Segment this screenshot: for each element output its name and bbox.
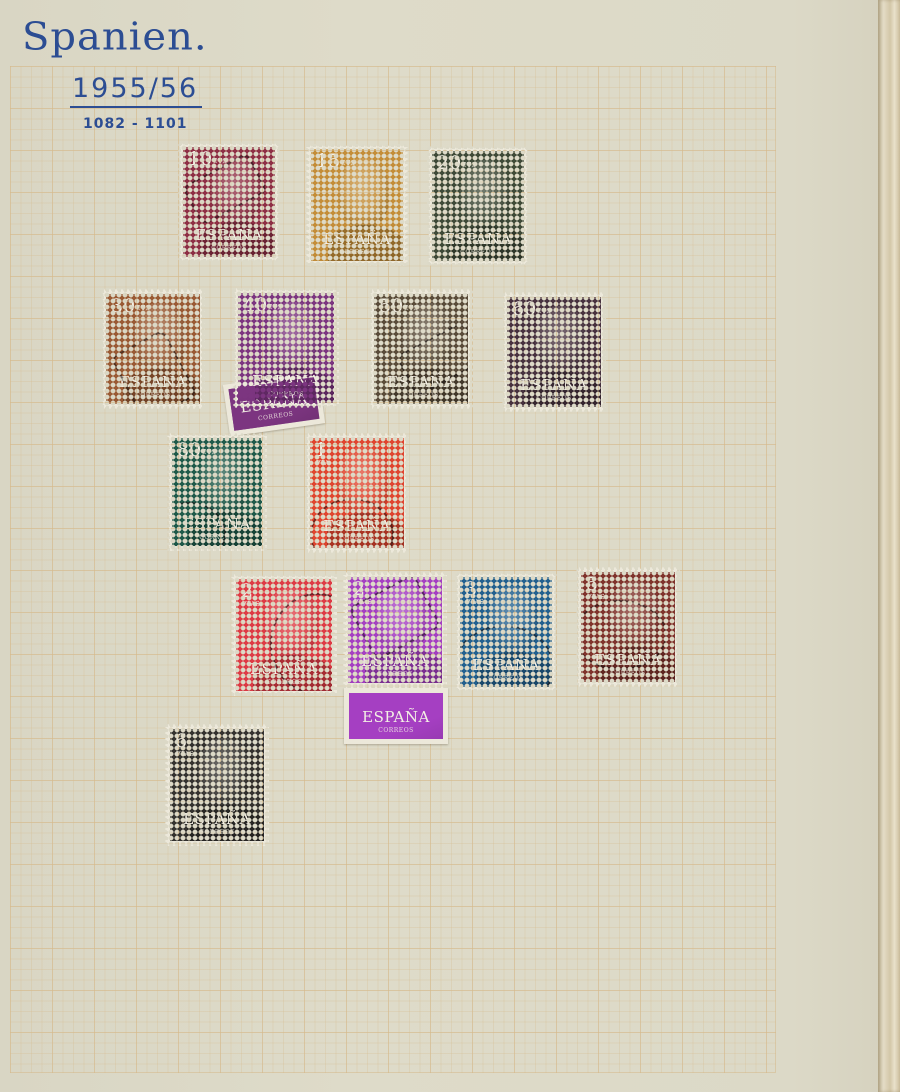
portrait-image bbox=[265, 588, 318, 657]
stamp-country: ESPAÑA bbox=[432, 230, 524, 248]
stamp-10-cts: 10CTSESPAÑACORREOS bbox=[178, 142, 280, 262]
stamp-inscription: CORREOS bbox=[106, 392, 200, 399]
stamp-unit: CTS bbox=[268, 304, 282, 311]
stamp-value: 6 bbox=[175, 732, 187, 751]
stamp-inscription: CORREOS bbox=[348, 671, 442, 678]
stamp-40-cts: 40CTSESPAÑACORREOS bbox=[233, 288, 339, 408]
stamp-inscription: CORREOS bbox=[236, 679, 332, 686]
stamp-value: 50 bbox=[379, 297, 403, 316]
stamp-country: ESPAÑA bbox=[349, 708, 443, 726]
stamp-country: ESPAÑA bbox=[374, 373, 468, 391]
portrait-image bbox=[535, 306, 587, 374]
stamp-face: 80CTSESPAÑACORREOS bbox=[172, 438, 262, 546]
stamp-30-cts: 30CTSESPAÑACORREOS bbox=[101, 289, 205, 409]
stamp-inscription: CORREOS bbox=[581, 670, 675, 677]
stamp-face: 50CTSESPAÑACORREOS bbox=[374, 294, 468, 404]
stamp-inscription: CORREOS bbox=[460, 675, 552, 682]
stamp-face: 5PTASESPAÑACORREOS bbox=[581, 572, 675, 682]
stamp-country: ESPAÑA bbox=[310, 517, 404, 535]
stamp-unit: CTS bbox=[341, 160, 355, 167]
stamp-2-ptas: 2PTASESPAÑACORREOS bbox=[343, 572, 447, 688]
stamp-inscription: CORREOS bbox=[432, 249, 524, 256]
stamp-6-ptas: 6PTASESPAÑACORREOS bbox=[165, 724, 269, 846]
portrait-image bbox=[199, 447, 249, 514]
stamp-value: 10 bbox=[188, 150, 212, 169]
portrait-image bbox=[609, 581, 661, 649]
stamp-unit: CTS bbox=[213, 158, 227, 165]
stamp-inscription: CORREOS bbox=[349, 727, 443, 734]
portrait-image bbox=[267, 302, 320, 370]
stamp-unit: PTAS bbox=[587, 594, 605, 601]
stamp-face: 10CTSESPAÑACORREOS bbox=[183, 147, 275, 257]
album-page: Spanien. 1955/56 1082 - 1101 ESPAÑACORRE… bbox=[0, 0, 880, 1092]
portrait-image bbox=[134, 303, 186, 371]
portrait-image bbox=[488, 586, 539, 654]
page-title: Spanien. bbox=[22, 15, 208, 59]
stamp-unit: PTAS bbox=[466, 599, 484, 606]
stamp-country: ESPAÑA bbox=[460, 656, 552, 674]
stamp-face: ESPAÑACORREOS bbox=[349, 693, 443, 739]
stamp-value: 20 bbox=[437, 154, 461, 173]
stamp-value: 60 bbox=[512, 300, 536, 319]
stamp-value: 40 bbox=[243, 296, 267, 315]
partial-stamp: ESPAÑACORREOS bbox=[344, 688, 448, 744]
stamp-country: ESPAÑA bbox=[183, 226, 275, 244]
stamp-value: 30 bbox=[111, 297, 135, 316]
stamp-value: 15 bbox=[316, 152, 340, 171]
stamp-inscription: CORREOS bbox=[507, 395, 601, 402]
stamp-country: ESPAÑA bbox=[238, 372, 334, 390]
stamp-face: 2PTASESPAÑACORREOS bbox=[348, 577, 442, 683]
issue-years: 1955/56 bbox=[70, 74, 202, 108]
stamp-inscription: CORREOS bbox=[183, 245, 275, 252]
stamp-unit: CTS bbox=[136, 305, 150, 312]
stamp-face: 30CTSESPAÑACORREOS bbox=[106, 294, 200, 404]
stamp-face: 2PTASESPAÑACORREOS bbox=[236, 579, 332, 691]
stamp-country: ESPAÑA bbox=[507, 376, 601, 394]
stamp-unit: PTAS bbox=[354, 599, 372, 606]
stamp-value: 1 bbox=[315, 441, 327, 460]
stamp-unit: CTS bbox=[202, 449, 216, 456]
stamp-3-ptas: 3PTASESPAÑACORREOS bbox=[455, 572, 557, 692]
stamp-value: 80 bbox=[177, 441, 201, 460]
stamp-inscription: CORREOS bbox=[170, 829, 264, 836]
stamp-country: ESPAÑA bbox=[172, 515, 262, 533]
stamp-inscription: CORREOS bbox=[374, 392, 468, 399]
stamp-value: 3 bbox=[465, 580, 477, 599]
stamp-value: 5 bbox=[586, 575, 598, 594]
stamp-unit: PTA bbox=[316, 460, 330, 467]
stamp-unit: CTS bbox=[537, 308, 551, 315]
stamp-face: 6PTASESPAÑACORREOS bbox=[170, 729, 264, 841]
stamp-1-pta: 1PTAESPAÑACORREOS bbox=[305, 433, 409, 553]
stamp-unit: CTS bbox=[404, 305, 418, 312]
catalog-range: 1082 - 1101 bbox=[83, 116, 188, 132]
portrait-image bbox=[338, 447, 390, 515]
stamp-inscription: CORREOS bbox=[172, 534, 262, 541]
stamp-unit: PTAS bbox=[176, 751, 194, 758]
stamp-face: 20CTSESPAÑACORREOS bbox=[432, 151, 524, 261]
stamp-country: ESPAÑA bbox=[170, 810, 264, 828]
stamp-country: ESPAÑA bbox=[106, 373, 200, 391]
stamp-unit: CTS bbox=[462, 162, 476, 169]
stamp-face: 60CTSESPAÑACORREOS bbox=[507, 297, 601, 407]
stamp-face: 3PTASESPAÑACORREOS bbox=[460, 577, 552, 687]
stamp-face: 1PTAESPAÑACORREOS bbox=[310, 438, 404, 548]
stamp-inscription: CORREOS bbox=[311, 249, 403, 256]
portrait-image bbox=[211, 156, 262, 224]
stamp-50-cts: 50CTSESPAÑACORREOS bbox=[369, 289, 473, 409]
stamp-country: ESPAÑA bbox=[236, 660, 332, 678]
stamp-15-cts: 15CTSESPAÑACORREOS bbox=[306, 144, 408, 266]
album-binding bbox=[878, 0, 900, 1092]
stamp-country: ESPAÑA bbox=[581, 651, 675, 669]
stamp-country: ESPAÑA bbox=[348, 652, 442, 670]
portrait-image bbox=[198, 738, 250, 807]
stamp-face: 40CTSESPAÑACORREOS bbox=[238, 293, 334, 403]
stamp-2-ptas: 2PTASESPAÑACORREOS bbox=[231, 574, 337, 696]
stamp-5-ptas: 5PTASESPAÑACORREOS bbox=[576, 567, 680, 687]
portrait-image bbox=[339, 158, 390, 227]
stamp-inscription: CORREOS bbox=[310, 536, 404, 543]
stamp-value: 2 bbox=[241, 582, 253, 601]
stamp-inscription: CORREOS bbox=[238, 391, 334, 398]
portrait-image bbox=[376, 585, 428, 651]
stamp-value: 2 bbox=[353, 580, 365, 599]
stamp-country: ESPAÑA bbox=[311, 230, 403, 248]
stamp-60-cts: 60CTSESPAÑACORREOS bbox=[502, 292, 606, 412]
portrait-image bbox=[460, 160, 511, 228]
stamp-face: 15CTSESPAÑACORREOS bbox=[311, 149, 403, 261]
stamp-unit: PTAS bbox=[242, 601, 260, 608]
stamp-80-cts: 80CTSESPAÑACORREOS bbox=[167, 433, 267, 551]
stamp-20-cts: 20CTSESPAÑACORREOS bbox=[427, 146, 529, 266]
portrait-image bbox=[402, 303, 454, 371]
